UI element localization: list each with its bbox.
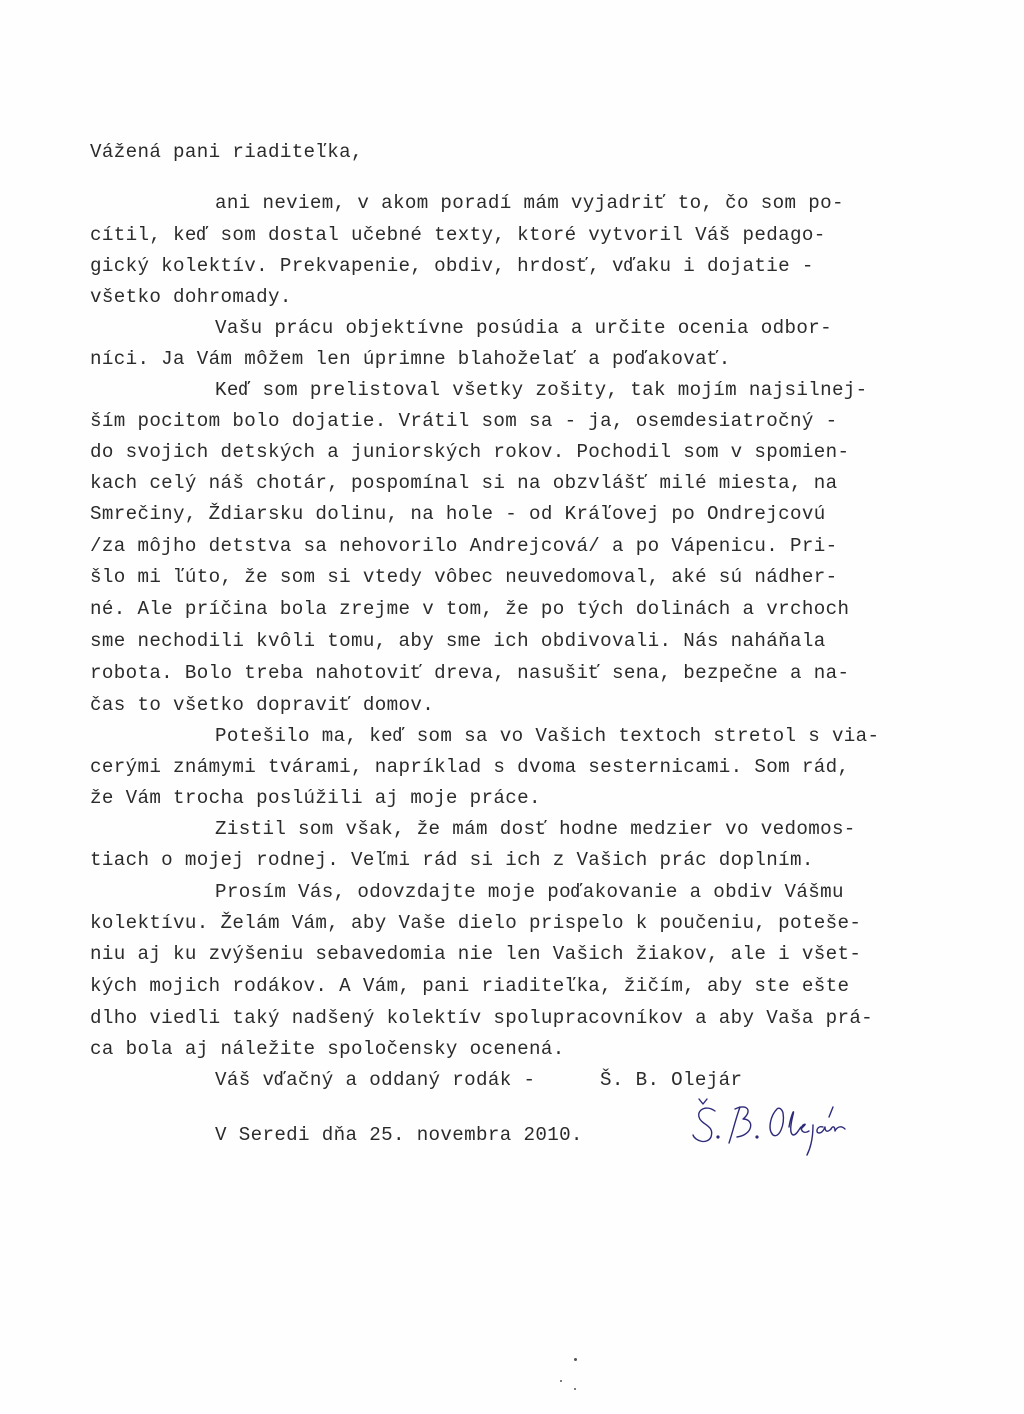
text-line: Vašu prácu objektívne posúdia a určite o… (215, 319, 832, 338)
handwritten-signature (685, 1085, 855, 1160)
text-line: ším pocitom bolo dojatie. Vrátil som sa … (90, 412, 837, 431)
text-line: kolektívu. Želám Vám, aby Vaše dielo pri… (90, 914, 861, 933)
text-line: čas to všetko dopraviť domov. (90, 696, 434, 715)
text-line: gický kolektív. Prekvapenie, obdiv, hrdo… (90, 257, 814, 276)
closing: Váš vďačný a oddaný rodák - (215, 1071, 535, 1090)
letter-page: Vážená pani riaditeľka, ani neviem, v ak… (0, 0, 1024, 1414)
text-line: dlho viedli taký nadšený kolektív spolup… (90, 1009, 873, 1028)
text-line: ca bola aj náležite spoločensky ocenená. (90, 1040, 565, 1059)
text-line: všetko dohromady. (90, 288, 292, 307)
text-line: Keď som prelistoval všetky zošity, tak m… (215, 381, 868, 400)
text-line: /za môjho detstva sa nehovorilo Andrejco… (90, 537, 837, 556)
text-line: cítil, keď som dostal učebné texty, ktor… (90, 226, 826, 245)
text-line: cerými známymi tvárami, napríklad s dvom… (90, 758, 849, 777)
text-line: kých mojich rodákov. A Vám, pani riadite… (90, 977, 849, 996)
salutation: Vážená pani riaditeľka, (90, 143, 363, 162)
text-line: niu aj ku zvýšeniu sebavedomia nie len V… (90, 945, 861, 964)
text-line: sme nechodili kvôli tomu, aby sme ich ob… (90, 632, 826, 651)
text-line: robota. Bolo treba nahotoviť dreva, nasu… (90, 664, 849, 683)
text-line: níci. Ja Vám môžem len úprimne blahožela… (90, 350, 731, 369)
text-line: tiach o mojej rodnej. Veľmi rád si ich z… (90, 851, 814, 870)
text-line: Smrečiny, Ždiarsku dolinu, na hole - od … (90, 505, 826, 524)
text-line: Zistil som však, že mám dosť hodne medzi… (215, 820, 856, 839)
text-line: Prosím Vás, odovzdajte moje poďakovanie … (215, 883, 844, 902)
text-line: Potešilo ma, keď som sa vo Vašich textoc… (215, 727, 879, 746)
text-line: kach celý náš chotár, pospomínal si na o… (90, 474, 837, 493)
paper-specks (540, 1350, 580, 1410)
text-line: né. Ale príčina bola zrejme v tom, že po… (90, 600, 849, 619)
text-line: že Vám trocha poslúžili aj moje práce. (90, 789, 541, 808)
text-line: do svojich detských a juniorských rokov.… (90, 443, 849, 462)
text-line: ani neviem, v akom poradí mám vyjadriť t… (215, 194, 844, 213)
place-date: V Seredi dňa 25. novembra 2010. (215, 1126, 583, 1145)
signature-icon (685, 1085, 855, 1160)
text-line: šlo mi ľúto, že som si vtedy vôbec neuve… (90, 568, 837, 587)
